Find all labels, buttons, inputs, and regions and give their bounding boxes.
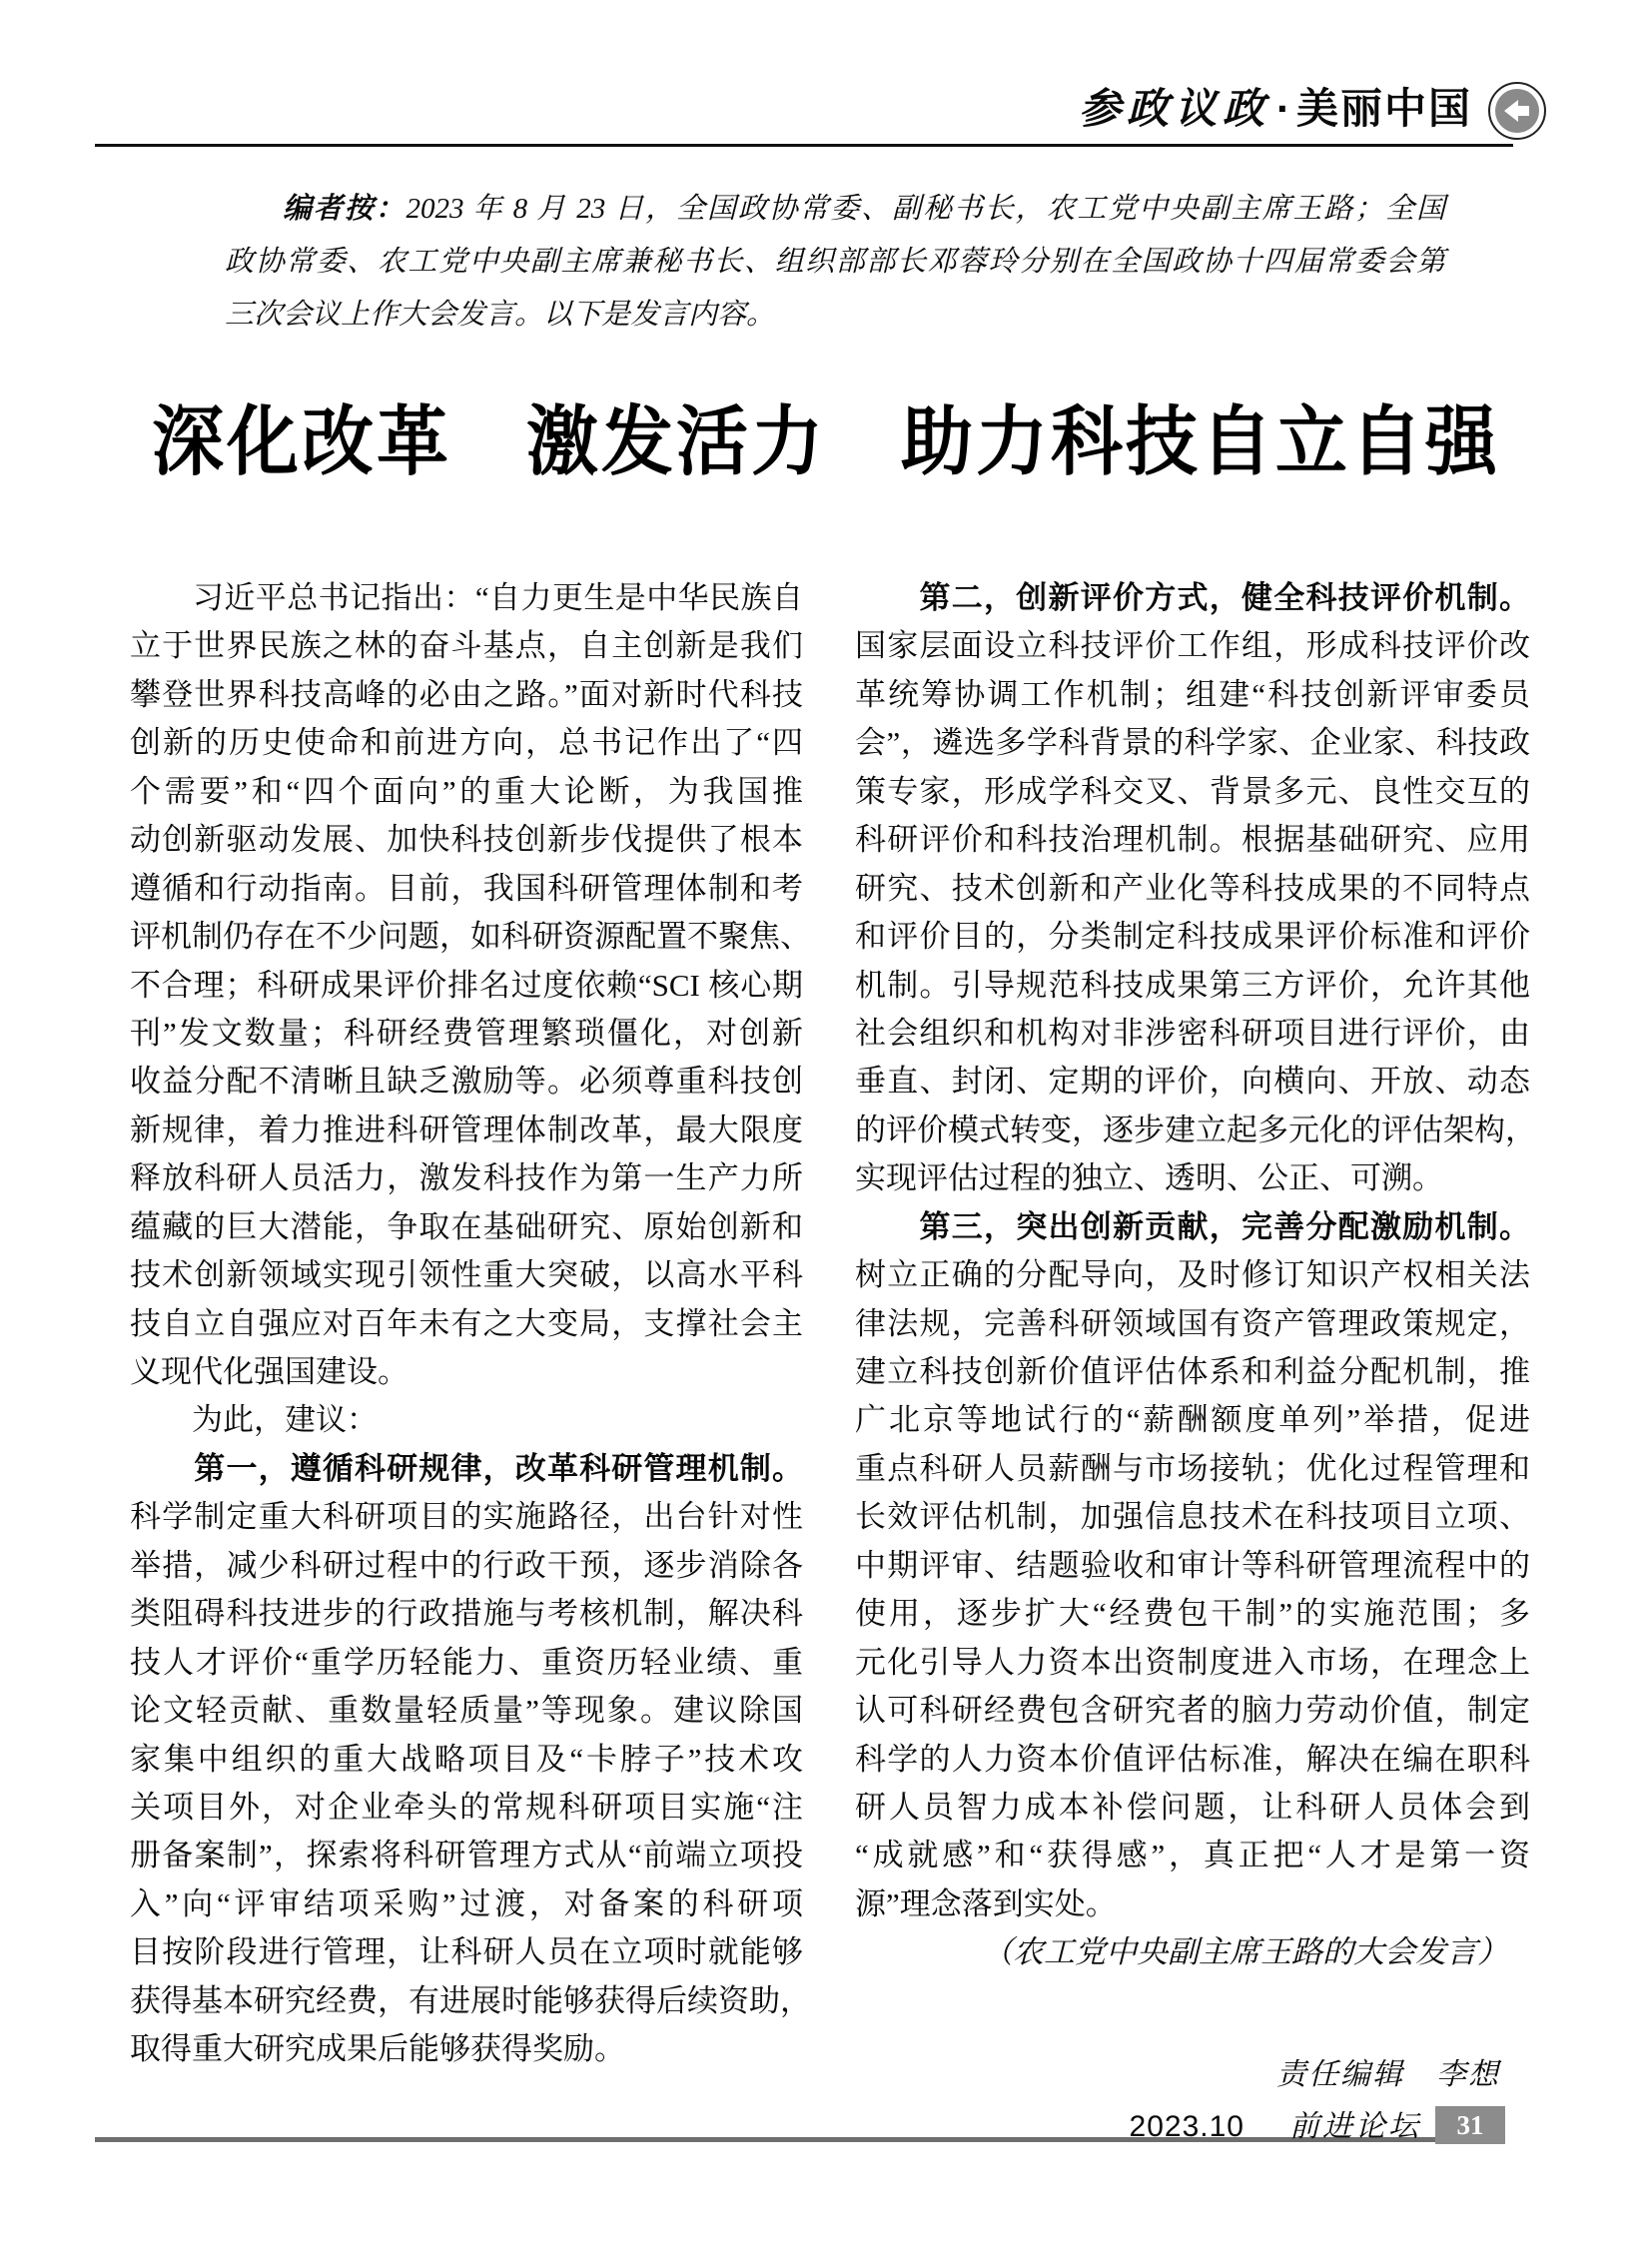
body-text-line: 技术创新领域实现引领性重大突破，以高水平科 (130, 1251, 803, 1299)
body-text-line: “成就感”和“获得感”，真正把“人才是第一资 (855, 1832, 1530, 1879)
body-text-line: 垂直、封闭、定期的评价，向横向、开放、动态 (855, 1058, 1530, 1106)
body-text-line: 释放科研人员活力，激发科技作为第一生产力所 (130, 1154, 803, 1202)
editor-note-line: 编者按：2023 年 8 月 23 日，全国政协常委、副秘书长，农工党中央副主席… (225, 183, 1445, 236)
header-rule (95, 144, 1513, 147)
body-text-line: 研究、技术创新和产业化等科技成果的不同特点 (855, 865, 1530, 913)
body-text-line: 册备案制”，探索将科研管理方式从“前端立项投 (130, 1832, 803, 1879)
body-text-line: 革统筹协调工作机制；组建“科技创新评审委员 (855, 671, 1530, 719)
body-text-line: 技人才评价“重学历轻能力、重资历轻业绩、重 (130, 1639, 803, 1687)
article-title: 深化改革 激发活力 助力科技自立自强 (0, 396, 1652, 487)
body-text-line: 第一，遵循科研规律，改革科研管理机制。 (130, 1445, 803, 1493)
footer-issue-date: 2023.10 (1130, 2110, 1244, 2143)
body-text-line: 广北京等地试行的“薪酬额度单列”举措，促进 (855, 1396, 1530, 1444)
body-text-line: 评机制仍存在不少问题，如科研资源配置不聚焦、 (130, 913, 803, 961)
body-text-line: 第三，突出创新贡献，完善分配激励机制。 (855, 1203, 1530, 1251)
footer-issue-journal: 2023.10 前进论坛 (854, 2101, 1421, 2145)
body-text-line: 义现代化强国建设。 (130, 1348, 803, 1396)
responsible-editor-credit: 责任编辑 李想 (855, 2049, 1530, 2093)
body-text-line: 攀登世界科技高峰的必由之路。”面对新时代科技 (130, 671, 803, 719)
body-text-line: （农工党中央副主席王路的大会发言） (855, 1928, 1530, 1976)
editor-note-line: 政协常委、农工党中央副主席兼秘书长、组织部部长邓蓉玲分别在全国政协十四届常委会第 (225, 236, 1445, 289)
body-text-line: 关项目外，对企业牵头的常规科研项目实施“注 (130, 1784, 803, 1832)
body-text-line: 新规律，着力推进科研管理体制改革，最大限度 (130, 1107, 803, 1154)
body-text-line: 策专家，形成学科交叉、背景多元、良性交互的 (855, 768, 1530, 816)
editor-note-label: 编者按： (283, 193, 406, 225)
body-text-line: 使用，逐步扩大“经费包干制”的实施范围；多 (855, 1590, 1530, 1638)
body-text-line: 收益分配不清晰且缺乏激励等。必须尊重科技创 (130, 1058, 803, 1106)
editor-note-text: 2023 年 8 月 23 日，全国政协常委、副秘书长，农工党中央副主席王路；全… (406, 193, 1445, 225)
body-text-line: 创新的历史使命和前进方向，总书记作出了“四 (130, 719, 803, 767)
body-text-line: 取得重大研究成果后能够获得奖励。 (130, 2025, 803, 2073)
body-text-line: 社会组织和机构对非涉密科研项目进行评价，由 (855, 1010, 1530, 1058)
body-text-line: 国家层面设立科技评价工作组，形成科技评价改 (855, 622, 1530, 670)
body-text-line: 刊”发文数量；科研经费管理繁琐僵化，对创新 (130, 1010, 803, 1058)
body-text-line: 科学的人力资本价值评估标准，解决在编在职科 (855, 1736, 1530, 1784)
body-text-line: 目按阶段进行管理，让科研人员在立项时就能够 (130, 1928, 803, 1976)
body-text-line: 动创新驱动发展、加快科技创新步伐提供了根本 (130, 816, 803, 864)
body-text-line: 入”向“评审结项采购”过渡，对备案的科研项 (130, 1880, 803, 1928)
body-text-line: 论文轻贡献、重数量轻质量”等现象。建议除国 (130, 1687, 803, 1735)
body-text-line: 的评价模式转变，逐步建立起多元化的评估架构， (855, 1107, 1530, 1154)
body-text-line: 获得基本研究经费，有进展时能够获得后续资助， (130, 1977, 803, 2025)
body-text-line: 遵循和行动指南。目前，我国科研管理体制和考 (130, 865, 803, 913)
body-text-line: 重点科研人员薪酬与市场接轨；优化过程管理和 (855, 1445, 1530, 1493)
body-text-line: 研人员智力成本补偿问题，让科研人员体会到 (855, 1784, 1530, 1832)
body-text-line: 第二，创新评价方式，健全科技评价机制。 (855, 574, 1530, 622)
body-text-line: 家集中组织的重大战略项目及“卡脖子”技术攻 (130, 1736, 803, 1784)
editor-note-line: 三次会议上作大会发言。以下是发言内容。 (225, 289, 1445, 342)
body-text-line: 会”，遴选多学科背景的科学家、企业家、科技政 (855, 719, 1530, 767)
body-text-line: 科研评价和科技治理机制。根据基础研究、应用 (855, 816, 1530, 864)
footer-spacer (1252, 2110, 1282, 2143)
body-text-line: 为此，建议： (130, 1396, 803, 1444)
article-column-left: 习近平总书记指出：“自力更生是中华民族自立于世界民族之林的奋斗基点，自主创新是我… (130, 574, 803, 2074)
body-text-line: 建立科技创新价值评估体系和利益分配机制，推 (855, 1348, 1530, 1396)
body-text-line: 长效评估机制，加强信息技术在科技项目立项、 (855, 1493, 1530, 1541)
body-text-line: 科学制定重大科研项目的实施路径，出台针对性 (130, 1493, 803, 1541)
header-section-title-bold: 美丽中国 (1296, 85, 1472, 132)
left-arrow-tail (1516, 106, 1529, 116)
body-text-line: 蕴藏的巨大潜能，争取在基础研究、原始创新和 (130, 1203, 803, 1251)
magazine-page: 参政议政·美丽中国 编者按：2023 年 8 月 23 日，全国政协常委、副秘书… (0, 0, 1652, 2242)
body-text-line: 认可科研经费包含研究者的脑力劳动价值，制定 (855, 1687, 1530, 1735)
body-text-line: 和评价目的，分类制定科技成果评价标准和评价 (855, 913, 1530, 961)
article-column-right: 第二，创新评价方式，健全科技评价机制。国家层面设立科技评价工作组，形成科技评价改… (855, 574, 1530, 1977)
body-text-line: 律法规，完善科研领域国有资产管理政策规定， (855, 1300, 1530, 1348)
body-text-line: 树立正确的分配导向，及时修订知识产权相关法 (855, 1251, 1530, 1299)
body-text-line: 习近平总书记指出：“自力更生是中华民族自 (130, 574, 803, 622)
body-text-line: 机制。引导规范科技成果第三方评价，允许其他 (855, 962, 1530, 1010)
page-number-badge: 31 (1435, 2106, 1505, 2144)
back-arrow-circle-fill (1495, 89, 1539, 133)
body-text-line: 立于世界民族之林的奋斗基点，自主创新是我们 (130, 622, 803, 670)
header-separator-dot: · (1270, 85, 1296, 132)
body-text-line: 源”理念落到实处。 (855, 1880, 1530, 1928)
header-section-title: 参政议政·美丽中国 (1079, 86, 1472, 133)
editor-note: 编者按：2023 年 8 月 23 日，全国政协常委、副秘书长，农工党中央副主席… (225, 183, 1445, 342)
body-text-line: 元化引导人力资本出资制度进入市场，在理念上 (855, 1639, 1530, 1687)
body-text-line: 类阻碍科技进步的行政措施与考核机制，解决科 (130, 1590, 803, 1638)
body-text-line: 举措，减少科研过程中的行政干预，逐步消除各 (130, 1542, 803, 1590)
body-text-line: 技自立自强应对百年未有之大变局，支撑社会主 (130, 1300, 803, 1348)
footer-journal-name: 前进论坛 (1289, 2110, 1421, 2143)
body-text-line: 实现评估过程的独立、透明、公正、可溯。 (855, 1154, 1530, 1202)
header-section-title-script: 参政议政 (1079, 87, 1270, 133)
body-text-line: 不合理；科研成果评价排名过度依赖“SCI 核心期 (130, 962, 803, 1010)
back-arrow-circle-icon (1488, 82, 1546, 140)
body-text-line: 中期评审、结题验收和审计等科研管理流程中的 (855, 1542, 1530, 1590)
body-text-line: 个需要”和“四个面向”的重大论断，为我国推 (130, 768, 803, 816)
